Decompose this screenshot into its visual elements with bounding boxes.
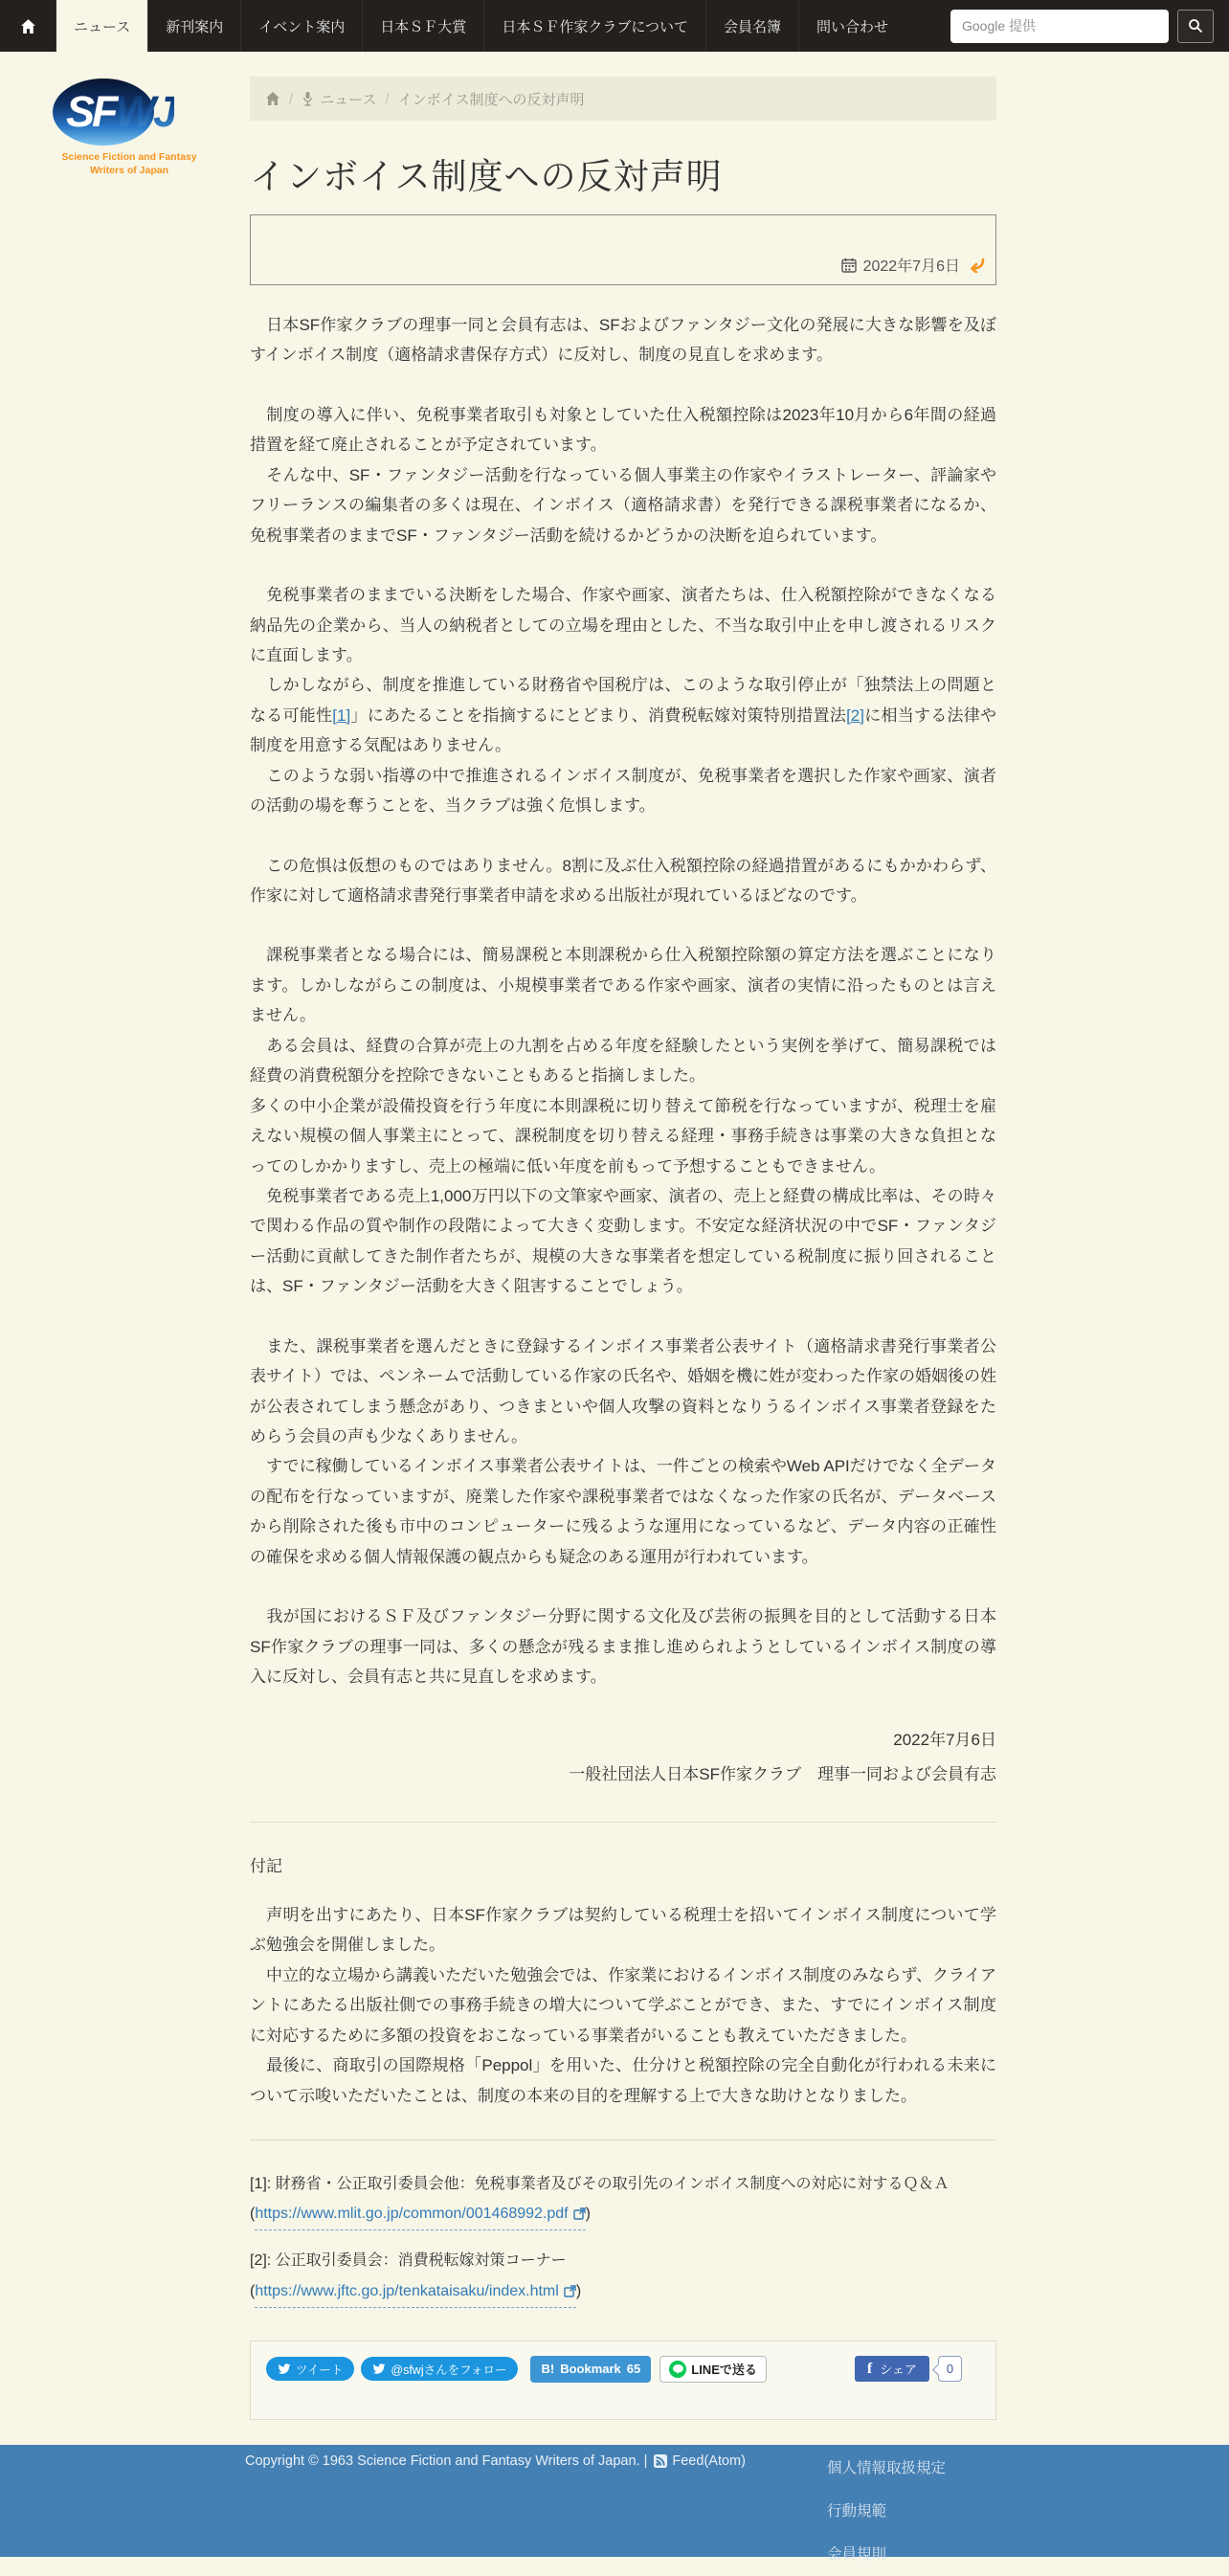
logo-sf-text: SF xyxy=(66,87,116,136)
paragraph: 免税事業者である売上1,000万円以下の文筆家や画家、演者の、売上と経費の構成比… xyxy=(250,1181,996,1302)
paragraph: そんな中、SF・ファンタジー活動を行なっている個人事業主の作家やイラストレーター… xyxy=(250,460,996,550)
postscript-section: 付記 声明を出すにあたり、日本SF作家クラブは契約している税理士を招いてインボイ… xyxy=(250,1851,996,2112)
search-area xyxy=(950,0,1229,52)
paragraph: 我が国におけるＳＦ及びファンタジー分野に関する文化及び芸術の振興を目的として活動… xyxy=(250,1602,996,1691)
paragraph: 課税事業者となる場合には、簡易課税と本則課税から仕入税額控除額の算定方法を選ぶこ… xyxy=(250,940,996,1030)
follow-button[interactable]: @sfwjさんをフォロー xyxy=(361,2357,518,2381)
external-link-icon xyxy=(564,2285,576,2297)
home-icon xyxy=(265,91,280,106)
footer-link-member-rules[interactable]: 会員規則 xyxy=(827,2533,946,2576)
facebook-share-button[interactable]: f シェア xyxy=(855,2356,929,2382)
footer-link-privacy[interactable]: 個人情報取扱規定 xyxy=(827,2447,946,2490)
paragraph: 免税事業者のままでいる決断をした場合、作家や画家、演者たちは、仕入税額控除ができ… xyxy=(250,580,996,670)
signature-date: 2022年7月6日 xyxy=(250,1723,996,1758)
paragraph: 日本SF作家クラブの理事一同と会員有志は、SFおよびファンタジー文化の発展に大き… xyxy=(250,310,996,370)
postscript-heading: 付記 xyxy=(250,1851,996,1881)
nav-item-new-books[interactable]: 新刊案内 xyxy=(147,0,240,52)
search-icon xyxy=(1188,18,1203,34)
nav-item-events[interactable]: イベント案内 xyxy=(240,0,362,52)
article-date: 2022年7月6日 xyxy=(863,254,960,276)
feed-link[interactable]: Feed(Atom) xyxy=(654,2453,746,2469)
logo-wj-text: WJ xyxy=(116,87,175,136)
external-link-icon xyxy=(573,2207,586,2220)
paragraph: すでに稼働しているインボイス事業者公表サイトは、一件ごとの検索やWeb APIだ… xyxy=(250,1451,996,1572)
breadcrumb-home[interactable] xyxy=(265,91,280,106)
page-footer: Copyright © 1963 Science Fiction and Fan… xyxy=(0,2445,1229,2557)
paragraph: ある会員は、経費の合算が売上の九割を占める年度を経験したという実例を挙げて、簡易… xyxy=(250,1031,996,1091)
site-logo[interactable]: SFWJ Science Fiction and Fantasy Writers… xyxy=(53,77,206,177)
paragraph: この危惧は仮想のものではありません。8割に及ぶ仕入税額控除の経過措置があるにもか… xyxy=(250,851,996,911)
nav-item-member-list[interactable]: 会員名簿 xyxy=(705,0,798,52)
page-title: インボイス制度への反対声明 xyxy=(250,147,996,199)
footnote-2-link[interactable]: https://www.jftc.go.jp/tenkataisaku/inde… xyxy=(255,2276,575,2308)
nav-item-news[interactable]: ニュース xyxy=(56,0,147,52)
paragraph: このような弱い指導の中で推進されるインボイス制度が、免税事業者を選択した作家や画… xyxy=(250,761,996,821)
paragraph: しかしながら、制度を推進している財務省や国税庁は、このような取引停止が「独禁法上… xyxy=(250,670,996,760)
rss-feed-icon xyxy=(654,2454,667,2468)
breadcrumb-separator: / xyxy=(289,91,293,107)
article-meta-box: 2022年7月6日 xyxy=(250,214,996,285)
nav-item-contact[interactable]: 問い合わせ xyxy=(798,0,905,52)
paragraph: 声明を出すにあたり、日本SF作家クラブは契約している税理士を招いてインボイス制度… xyxy=(250,1900,996,1960)
facebook-icon: f xyxy=(867,2361,872,2378)
divider xyxy=(250,1822,996,1823)
nav-item-about[interactable]: 日本ＳＦ作家クラブについて xyxy=(483,0,705,52)
main-column: / ニュース / インボイス制度への反対声明 インボイス制度への反対声明 202… xyxy=(250,77,996,2420)
facebook-share-count: 0 xyxy=(938,2356,962,2382)
tweet-button[interactable]: ツイート xyxy=(266,2357,354,2381)
hatena-bookmark-button[interactable]: B! Bookmark 65 xyxy=(530,2356,651,2383)
divider xyxy=(250,2139,996,2140)
twitter-icon xyxy=(372,2363,386,2375)
line-share-button[interactable]: LINEで送る xyxy=(659,2356,767,2383)
footnote-2: [2]: 公正取引委員会：消費税転嫁対策コーナー (https://www.jf… xyxy=(250,2246,996,2307)
nav-home-button[interactable] xyxy=(0,0,56,52)
breadcrumb-news[interactable]: ニュース xyxy=(302,89,376,109)
search-button[interactable] xyxy=(1177,10,1214,43)
home-icon xyxy=(20,18,36,34)
paragraph: 中立的な立場から講義いただいた勉強会では、作家業におけるインボイス制度のみならず… xyxy=(250,1960,996,2050)
nav-item-sf-award[interactable]: 日本ＳＦ大賞 xyxy=(362,0,483,52)
hatena-icon: B! xyxy=(541,2362,554,2376)
page-body: SFWJ Science Fiction and Fantasy Writers… xyxy=(0,52,1229,2420)
logo-tagline: Science Fiction and Fantasy Writers of J… xyxy=(53,151,206,177)
hatena-count: 65 xyxy=(627,2362,640,2376)
logo-column: SFWJ Science Fiction and Fantasy Writers… xyxy=(53,77,250,2420)
line-icon xyxy=(669,2361,686,2378)
breadcrumb-separator: / xyxy=(385,91,389,107)
calendar-icon xyxy=(841,258,857,273)
paragraph: 最後に、商取引の国際規格「Peppol」を用いた、仕分けと税額控除の完全自動化が… xyxy=(250,2050,996,2111)
paragraph: また、課税事業者を選んだときに登録するインボイス事業者公表サイト（適格請求書発行… xyxy=(250,1332,996,1452)
footnote-ref-2[interactable]: [2] xyxy=(846,706,864,725)
signature-block: 2022年7月6日 一般社団法人日本SF作家クラブ 理事一同および会員有志 xyxy=(250,1723,996,1793)
breadcrumb-current: インボイス制度への反対声明 xyxy=(398,89,585,109)
top-navigation: ニュース 新刊案内 イベント案内 日本ＳＦ大賞 日本ＳＦ作家クラブについて 会員… xyxy=(0,0,1229,52)
article-body: 日本SF作家クラブの理事一同と会員有志は、SFおよびファンタジー文化の発展に大き… xyxy=(250,310,996,2308)
microphone-icon xyxy=(302,92,314,106)
footer-link-code-of-conduct[interactable]: 行動規範 xyxy=(827,2490,946,2533)
paragraph: 多くの中小企業が設備投資を行う年度に本則課税に切り替えて節税を行なっていますが、… xyxy=(250,1091,996,1181)
paragraph: 制度の導入に伴い、免税事業者取引も対象としていた仕入税額控除は2023年10月か… xyxy=(250,400,996,460)
footnote-1: [1]: 財務省・公正取引委員会他：免税事業者及びその取引先のインボイス制度への… xyxy=(250,2169,996,2230)
signature-name: 一般社団法人日本SF作家クラブ 理事一同および会員有志 xyxy=(250,1758,996,1793)
copyright-text: Copyright © 1963 Science Fiction and Fan… xyxy=(245,2453,647,2469)
social-share-bar: ツイート @sfwjさんをフォロー B! Bookmark 65 LINEで送る… xyxy=(250,2341,996,2420)
breadcrumb: / ニュース / インボイス制度への反対声明 xyxy=(250,77,996,121)
permalink-arrow-icon[interactable] xyxy=(967,258,986,273)
search-input[interactable] xyxy=(950,10,1169,43)
footnote-1-link[interactable]: https://www.mlit.go.jp/common/001468992.… xyxy=(255,2199,585,2230)
twitter-icon xyxy=(278,2363,291,2375)
footnote-ref-1[interactable]: [1] xyxy=(332,706,350,725)
